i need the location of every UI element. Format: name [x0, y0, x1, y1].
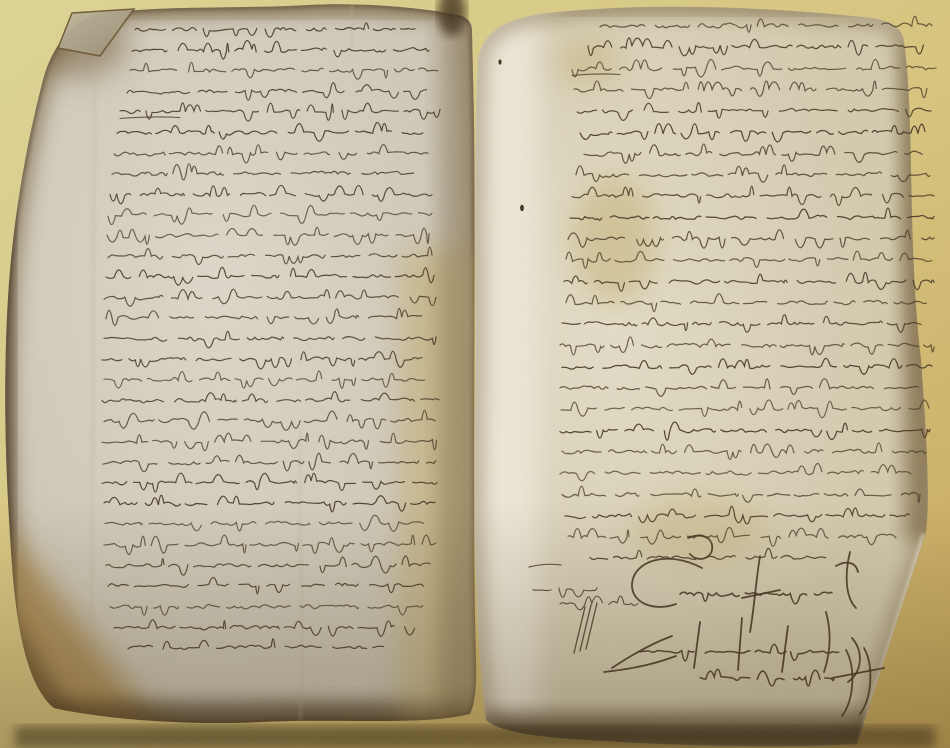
manuscript-photo: Photograph of an opened 16th-century pap…	[0, 0, 950, 748]
manuscript-photo-svg	[0, 0, 950, 748]
photo-grain-overlay	[0, 0, 950, 748]
